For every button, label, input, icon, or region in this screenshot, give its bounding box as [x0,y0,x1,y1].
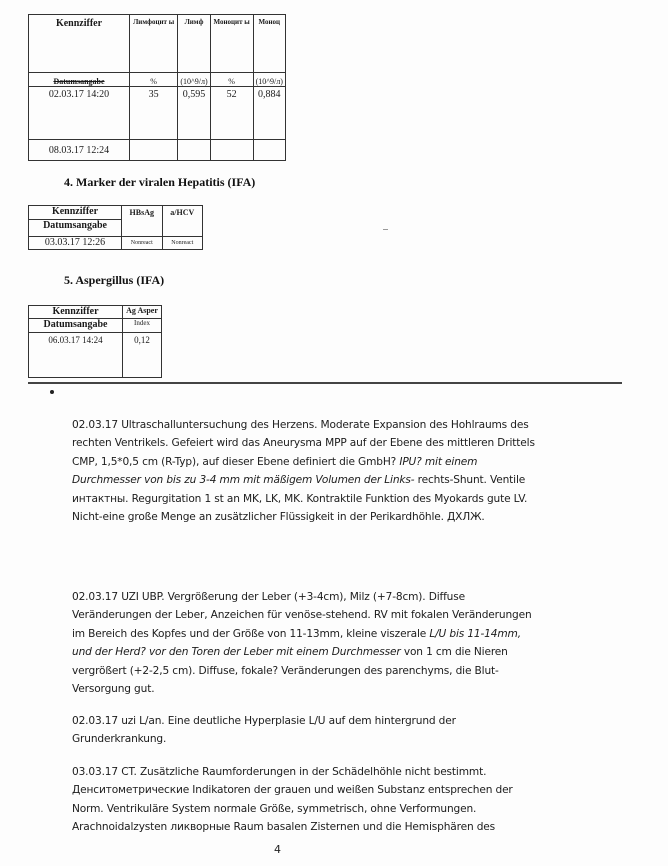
header-kennziffer: Kennziffer [29,206,122,220]
header-datumsangabe: Datumsangabe [29,220,122,237]
hepatitis-marker-table: Kennziffer HBsAg a/HCV Datumsangabe 03.0… [28,205,203,250]
unit-col-3: % [210,73,253,87]
horizontal-rule [28,382,622,384]
table-row: 08.03.17 12:24 [29,140,286,161]
header-col-4: Моноц [253,15,286,73]
row-date: 06.03.17 14:24 [29,333,123,378]
paragraph-ct: 03.03.17 CT. Zusätzliche Raumforderungen… [72,763,542,837]
section-4-title: 4. Marker der viralen Hepatitis (IFA) [64,175,255,190]
row-value: 0,12 [123,333,162,378]
scan-artifact [383,229,388,230]
row-date: 08.03.17 12:24 [29,140,130,161]
row-date: 02.03.17 14:20 [29,87,130,140]
unit-col-1: % [130,73,178,87]
table-row: 06.03.17 14:24 0,12 [29,333,162,378]
row-value: 0,595 [178,87,210,140]
unit-col-4: (10^9/л) [253,73,286,87]
header-kennziffer: Kennziffer [29,15,130,73]
bullet-icon [50,390,54,394]
header-datumsangabe: Datumsangabe [29,73,130,87]
page-number: 4 [274,843,281,856]
header-hbsag: HBsAg [122,206,162,237]
row-value: Nonreact [122,237,162,250]
header-col-2: Лимф [178,15,210,73]
table-row: 03.03.17 12:26 Nonreact Nonreact [29,237,203,250]
row-value [210,140,253,161]
header-ahcv: a/HCV [162,206,202,237]
row-value [130,140,178,161]
paragraph-ultrasound-lymph: 02.03.17 uzi L/an. Eine deutliche Hyperp… [72,712,542,749]
paragraph-echocardiography: 02.03.17 Ultraschalluntersuchung des Her… [72,416,542,526]
header-index: Index [123,319,162,333]
header-ag-asper: Ag Asper [123,306,162,319]
row-value: 35 [130,87,178,140]
row-value [253,140,286,161]
paragraph-ultrasound-abdomen: 02.03.17 UZI UBP. Vergrößerung der Leber… [72,588,542,698]
section-5-title: 5. Aspergillus (IFA) [64,273,164,288]
row-value [178,140,210,161]
header-col-3: Моноцит ы [210,15,253,73]
row-date: 03.03.17 12:26 [29,237,122,250]
header-col-1: Лимфоцит ы [130,15,178,73]
aspergillus-table: Kennziffer Ag Asper Datumsangabe Index 0… [28,305,162,378]
row-value: 0,884 [253,87,286,140]
unit-col-2: (10^9/л) [178,73,210,87]
row-value: Nonreact [162,237,202,250]
table-row: 02.03.17 14:20 35 0,595 52 0,884 [29,87,286,140]
header-kennziffer: Kennziffer [29,306,123,319]
document-page: Kennziffer Лимфоцит ы Лимф Моноцит ы Мон… [0,0,668,866]
header-datumsangabe: Datumsangabe [29,319,123,333]
row-value: 52 [210,87,253,140]
blood-count-table: Kennziffer Лимфоцит ы Лимф Моноцит ы Мон… [28,14,286,161]
